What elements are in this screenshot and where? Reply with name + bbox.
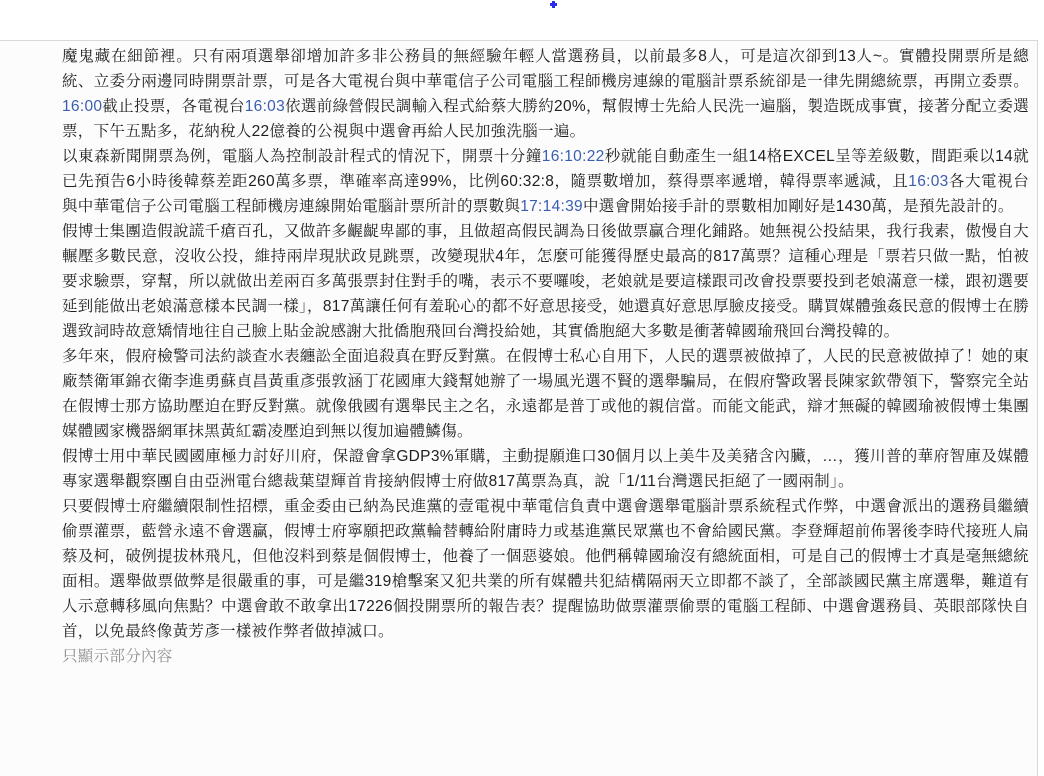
time-link[interactable]: 16:10:22 [542, 148, 605, 165]
paragraph-text: 假博士集團造假說謊千瘡百孔，又做許多齷齪卑鄙的事，且做超高假民調為日後做票贏合理… [62, 223, 1029, 340]
blue-dot-marker [550, 1, 557, 8]
time-link[interactable]: 16:03 [245, 98, 285, 115]
paragraph-text: 截止投票，各電視台 [102, 98, 244, 115]
email-paragraph: 多年來，假府檢警司法約談查水表纏訟全面追殺真在野反對黨。在假博士私心自用下，人民… [62, 344, 1029, 444]
paragraph-text: 中選會開始接手計的票數相加剛好是1430萬，是預先設計的。 [583, 198, 1014, 215]
paragraph-text: 魔鬼藏在細節裡。只有兩項選舉卻增加許多非公務員的無經驗年輕人當選務員，以前最多8… [62, 48, 1029, 90]
paragraph-text: 多年來，假府檢警司法約談查水表纏訟全面追殺真在野反對黨。在假博士私心自用下，人民… [62, 348, 1029, 440]
paragraph-text: 只要假博士府繼續限制性招標，重金委由已納為民進黨的壹電視中華電信負責中選會選舉電… [62, 498, 1029, 640]
message-clipped-notice: 只顯示部分內容 [62, 644, 1029, 669]
time-link[interactable]: 17:14:39 [520, 198, 583, 215]
paragraph-text: 假博士用中華民國國庫極力討好川府，保證會拿GDP3%軍購，主動提願進口30個月以… [62, 448, 1029, 490]
time-link[interactable]: 16:00 [62, 98, 102, 115]
paragraph-text: 以東森新聞開票為例，電腦人為控制設計程式的情況下，開票十分鐘 [62, 148, 542, 165]
email-paragraph: 假博士集團造假說謊千瘡百孔，又做許多齷齪卑鄙的事，且做超高假民調為日後做票贏合理… [62, 219, 1029, 344]
email-content-panel: 魔鬼藏在細節裡。只有兩項選舉卻增加許多非公務員的無經驗年輕人當選務員，以前最多8… [0, 40, 1038, 776]
time-link[interactable]: 16:03 [908, 173, 948, 190]
email-paragraph: 只要假博士府繼續限制性招標，重金委由已納為民進黨的壹電視中華電信負責中選會選舉電… [62, 494, 1029, 644]
email-paragraph: 魔鬼藏在細節裡。只有兩項選舉卻增加許多非公務員的無經驗年輕人當選務員，以前最多8… [62, 44, 1029, 144]
email-paragraph: 假博士用中華民國國庫極力討好川府，保證會拿GDP3%軍購，主動提願進口30個月以… [62, 444, 1029, 494]
email-paragraph: 以東森新聞開票為例，電腦人為控制設計程式的情況下，開票十分鐘16:10:22秒就… [62, 144, 1029, 219]
email-body: 魔鬼藏在細節裡。只有兩項選舉卻增加許多非公務員的無經驗年輕人當選務員，以前最多8… [0, 41, 1037, 669]
